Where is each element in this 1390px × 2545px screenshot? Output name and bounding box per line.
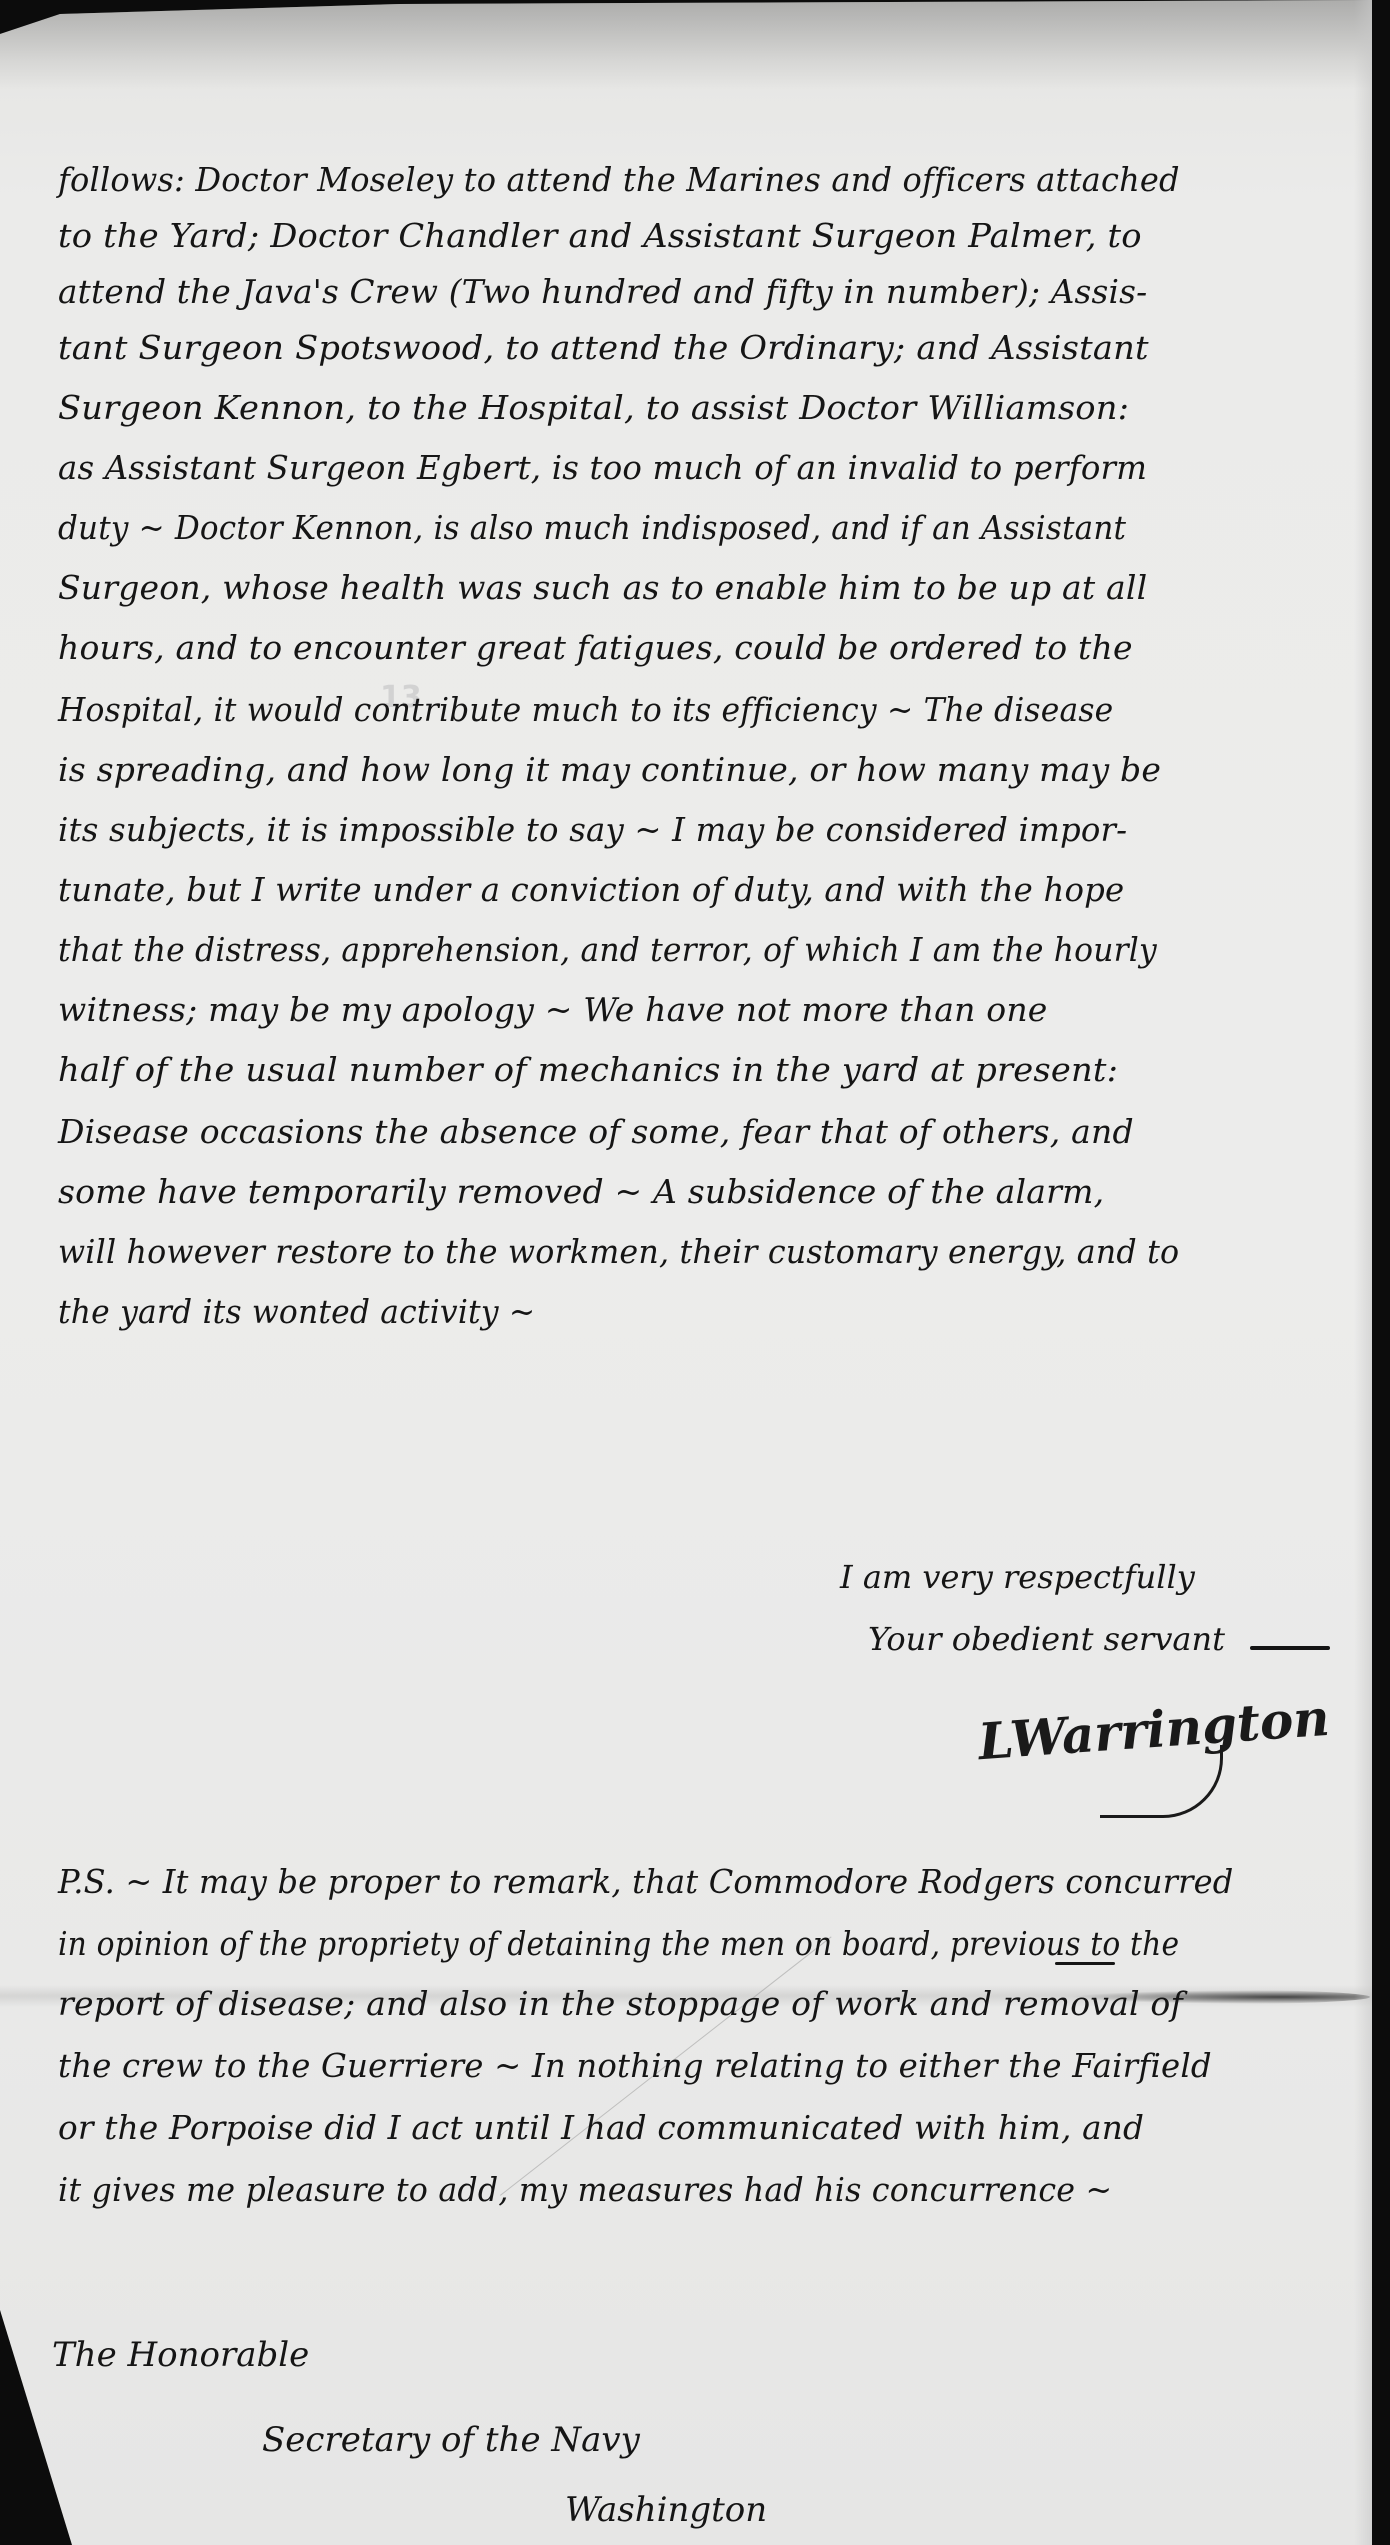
- body-line-16: half of the usual number of mechanics in…: [58, 1050, 1118, 1089]
- body-line-6: as Assistant Surgeon Egbert, is too much…: [58, 448, 1147, 487]
- body-line-3: attend the Java's Crew (Two hundred and …: [58, 272, 1147, 311]
- body-line-4: tant Surgeon Spotswood, to attend the Or…: [58, 328, 1149, 367]
- postscript-line-5: or the Porpoise did I act until I had co…: [58, 2108, 1144, 2147]
- address-line-2: Secretary of the Navy: [262, 2420, 640, 2460]
- body-line-18: some have temporarily removed ~ A subsid…: [58, 1172, 1104, 1211]
- body-line-7: duty ~ Doctor Kennon, is also much indis…: [58, 508, 1126, 547]
- body-line-5: Surgeon Kennon, to the Hospital, to assi…: [58, 388, 1129, 427]
- body-line-10: Hospital, it would contribute much to it…: [58, 690, 1113, 729]
- body-line-11: is spreading, and how long it may contin…: [58, 750, 1161, 789]
- body-line-14: that the distress, apprehension, and ter…: [58, 930, 1157, 969]
- body-line-17: Disease occasions the absence of some, f…: [58, 1112, 1134, 1151]
- letter-page: 13 follows: Doctor Moseley to attend the…: [0, 0, 1372, 2545]
- body-line-20: the yard its wonted activity ~: [58, 1292, 535, 1331]
- address-line-3: Washington: [565, 2490, 767, 2530]
- word-underline: [1055, 1962, 1115, 1965]
- body-line-19: will however restore to the workmen, the…: [58, 1232, 1179, 1271]
- signature-flourish: [1100, 1745, 1223, 1818]
- body-line-12: its subjects, it is impossible to say ~ …: [58, 810, 1127, 849]
- body-line-8: Surgeon, whose health was such as to ena…: [58, 568, 1147, 607]
- body-line-9: hours, and to encounter great fatigues, …: [58, 628, 1133, 667]
- postscript-line-1: P.S. ~ It may be proper to remark, that …: [58, 1862, 1233, 1901]
- closing-line-2: Your obedient servant: [868, 1620, 1225, 1658]
- body-line-13: tunate, but I write under a conviction o…: [58, 870, 1124, 909]
- body-line-2: to the Yard; Doctor Chandler and Assista…: [58, 216, 1142, 255]
- closing-dash: [1250, 1646, 1330, 1650]
- closing-line-1: I am very respectfully: [840, 1558, 1195, 1596]
- address-line-1: The Honorable: [52, 2335, 309, 2375]
- body-line-15: witness; may be my apology ~ We have not…: [58, 990, 1048, 1029]
- body-line-1: follows: Doctor Moseley to attend the Ma…: [58, 160, 1180, 199]
- postscript-line-3: report of disease; and also in the stopp…: [58, 1984, 1183, 2023]
- postscript-line-6: it gives me pleasure to add, my measures…: [58, 2170, 1112, 2209]
- postscript-line-2: in opinion of the propriety of detaining…: [58, 1924, 1179, 1963]
- postscript-line-4: the crew to the Guerriere ~ In nothing r…: [58, 2046, 1212, 2085]
